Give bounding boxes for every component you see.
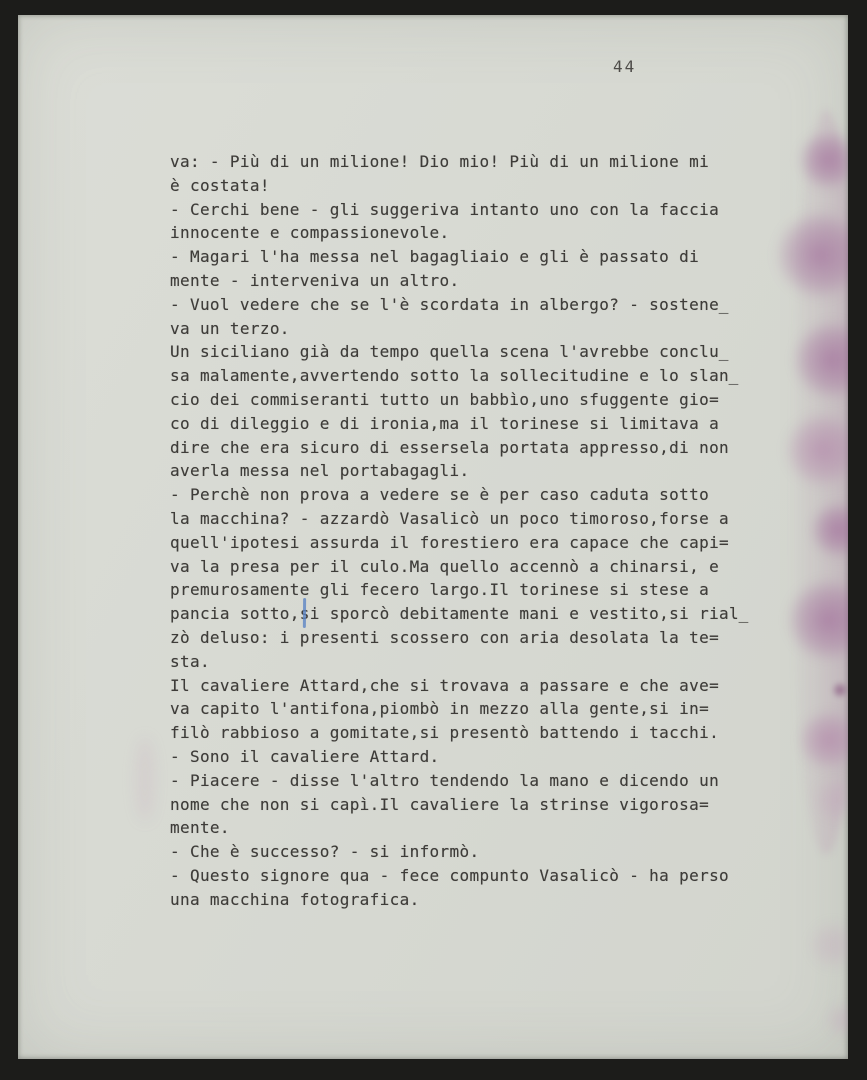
text-line: sta. xyxy=(170,650,749,674)
text-line: mente. xyxy=(170,816,749,840)
text-line: nome che non si capì.Il cavaliere la str… xyxy=(170,793,749,817)
text-line: quell'ipotesi assurda il forestiero era … xyxy=(170,531,749,555)
stain-blob xyxy=(808,920,848,970)
text-line: innocente e compassionevole. xyxy=(170,221,749,245)
text-line: zò deluso: i presenti scossero con aria … xyxy=(170,626,749,650)
text-line: - Che è successo? - si informò. xyxy=(170,840,749,864)
text-line: - Vuol vedere che se l'è scordata in alb… xyxy=(170,293,749,317)
blue-insertion-mark xyxy=(303,598,306,628)
stain-blob xyxy=(825,1002,848,1038)
text-line: va un terzo. xyxy=(170,317,749,341)
text-line: cio dei commiseranti tutto un babbìo,uno… xyxy=(170,388,749,412)
text-line: mente - interveniva un altro. xyxy=(170,269,749,293)
text-line: - Magari l'ha messa nel bagagliaio e gli… xyxy=(170,245,749,269)
text-line: pancia sotto,si sporcò debitamente mani … xyxy=(170,602,749,626)
text-line: filò rabbioso a gomitate,si presentò bat… xyxy=(170,721,749,745)
text-line: va capito l'antifona,piombò in mezzo all… xyxy=(170,697,749,721)
page-number: 44 xyxy=(613,57,636,76)
text-line: va la presa per il culo.Ma quello accenn… xyxy=(170,555,749,579)
stain-dot xyxy=(831,681,848,699)
text-line: - Questo signore qua - fece compunto Vas… xyxy=(170,864,749,888)
faint-left-smudge xyxy=(136,737,154,821)
text-line: la macchina? - azzardò Vasalicò un poco … xyxy=(170,507,749,531)
text-line: - Perchè non prova a vedere se è per cas… xyxy=(170,483,749,507)
text-line: una macchina fotografica. xyxy=(170,888,749,912)
text-line: premurosamente gli fecero largo.Il torin… xyxy=(170,578,749,602)
text-line: - Sono il cavaliere Attard. xyxy=(170,745,749,769)
text-line: Il cavaliere Attard,che si trovava a pas… xyxy=(170,674,749,698)
stain-blob xyxy=(775,210,848,300)
typewritten-text: va: - Più di un milione! Dio mio! Più di… xyxy=(170,150,749,912)
text-line: dire che era sicuro di essersela portata… xyxy=(170,436,749,460)
text-line: Un siciliano già da tempo quella scena l… xyxy=(170,340,749,364)
text-line: sa malamente,avvertendo sotto la solleci… xyxy=(170,364,749,388)
scanned-page: 44 va: - Più di un milione! Dio mio! Più… xyxy=(18,15,848,1059)
text-line: co di dileggio e di ironia,ma il torines… xyxy=(170,412,749,436)
text-line: - Piacere - disse l'altro tendendo la ma… xyxy=(170,769,749,793)
text-line: va: - Più di un milione! Dio mio! Più di… xyxy=(170,150,749,174)
text-line: è costata! xyxy=(170,174,749,198)
text-line: - Cerchi bene - gli suggeriva intanto un… xyxy=(170,198,749,222)
text-line: averla messa nel portabagagli. xyxy=(170,459,749,483)
